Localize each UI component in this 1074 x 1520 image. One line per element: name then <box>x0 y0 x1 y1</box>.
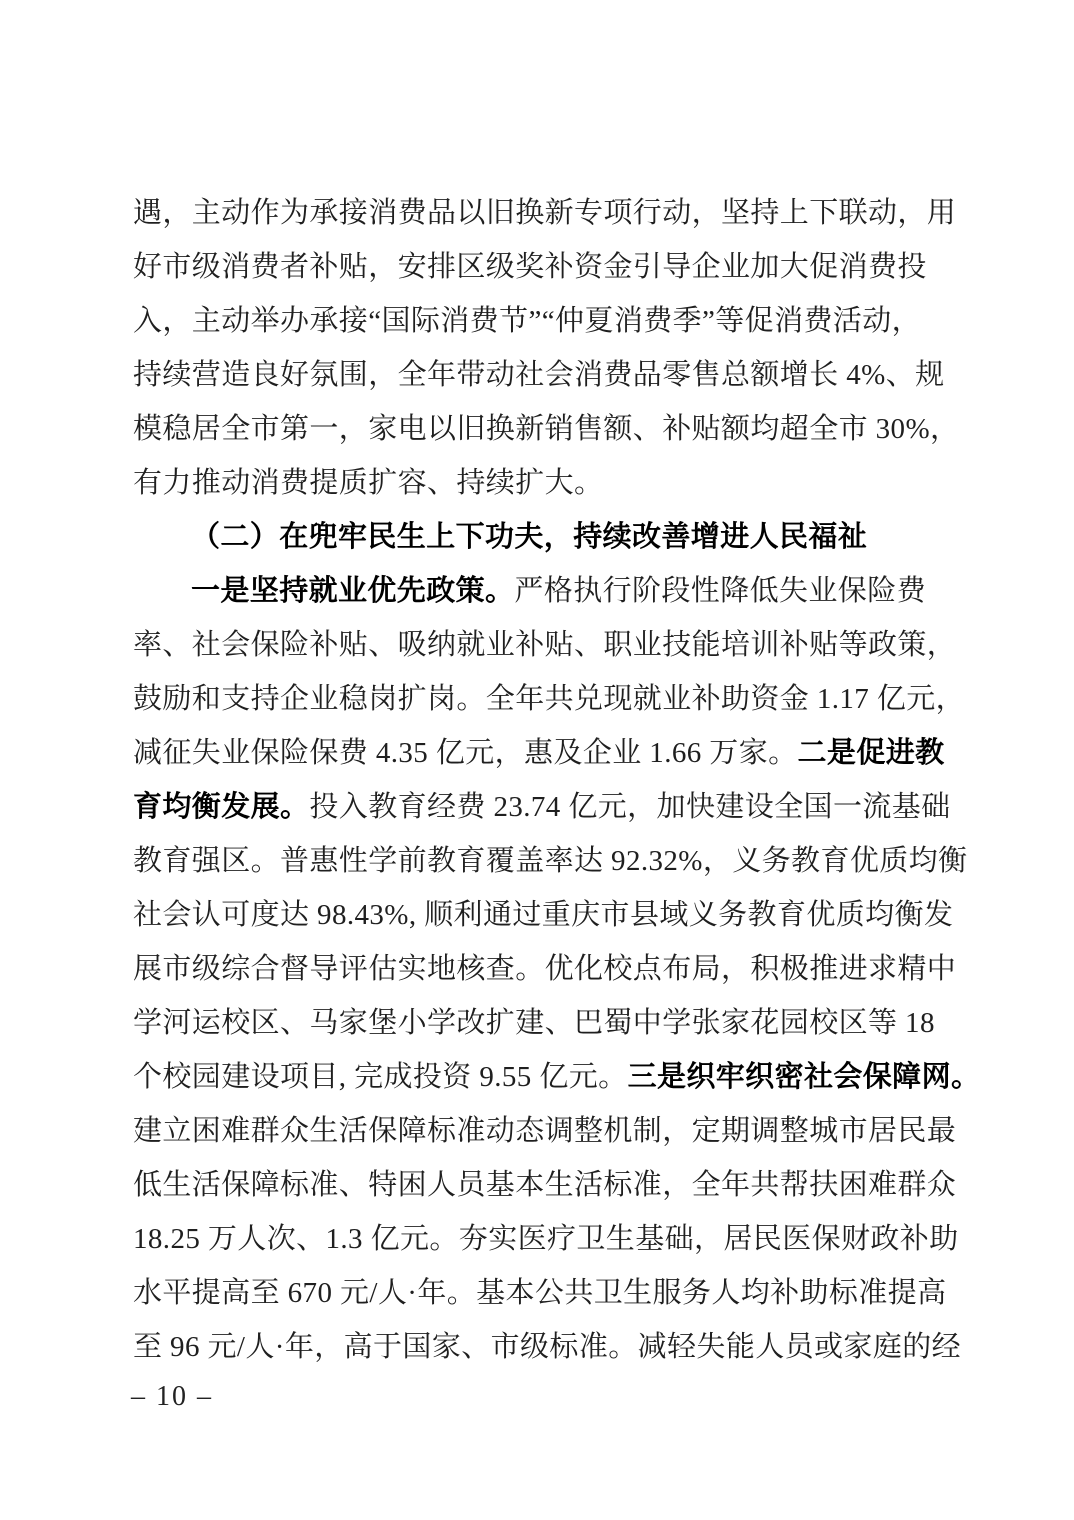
body-text: 学河运校区、马家堡小学改扩建、巴蜀中学张家花园校区等 18 <box>133 1007 935 1039</box>
text-line: 至 96 元/人·年，高于国家、市级标准。减轻失能人员或家庭的经 <box>133 1320 1013 1374</box>
body-text: 好市级消费者补贴，安排区级奖补资金引导企业加大促消费投 <box>133 251 927 283</box>
body-text: 减征失业保险保费 4.35 亿元，惠及企业 1.66 万家。 <box>133 737 798 769</box>
body-text: 社会认可度达 98.43%, 顺利通过重庆市县域义务教育优质均衡发 <box>133 899 953 931</box>
text-line: 入，主动举办承接“国际消费节”“仲夏消费季”等促消费活动， <box>133 294 1013 348</box>
body-text: 鼓励和支持企业稳岗扩岗。全年共兑现就业补助资金 1.17 亿元， <box>133 683 965 715</box>
document-body: 遇，主动作为承接消费品以旧换新专项行动，坚持上下联动，用好市级消费者补贴，安排区… <box>133 186 1013 1374</box>
text-line: （二）在兜牢民生上下功夫，持续改善增进人民福祉 <box>133 510 1013 564</box>
emphasis-text: 育均衡发展。 <box>133 791 309 823</box>
body-text: 建立困难群众生活保障标准动态调整机制，定期调整城市居民最 <box>133 1115 956 1147</box>
body-text: 有力推动消费提质扩容、持续扩大。 <box>133 467 603 499</box>
text-line: 教育强区。普惠性学前教育覆盖率达 92.32%，义务教育优质均衡 <box>133 834 1013 888</box>
body-text: 个校园建设项目, 完成投资 9.55 亿元。 <box>133 1061 628 1093</box>
text-line: 鼓励和支持企业稳岗扩岗。全年共兑现就业补助资金 1.17 亿元， <box>133 672 1013 726</box>
emphasis-text: 一是坚持就业优先政策。 <box>191 575 514 607</box>
body-text: 展市级综合督导评估实地核查。优化校点布局，积极推进求精中 <box>133 953 956 985</box>
document-page: 遇，主动作为承接消费品以旧换新专项行动，坚持上下联动，用好市级消费者补贴，安排区… <box>0 0 1074 1520</box>
body-text: 18.25 万人次、1.3 亿元。夯实医疗卫生基础，居民医保财政补助 <box>133 1223 959 1255</box>
body-text: 持续营造良好氛围，全年带动社会消费品零售总额增长 4%、规 <box>133 359 945 391</box>
text-line: 率、社会保险补贴、吸纳就业补贴、职业技能培训补贴等政策， <box>133 618 1013 672</box>
body-text: 水平提高至 670 元/人·年。基本公共卫生服务人均补助标准提高 <box>133 1277 947 1309</box>
body-text: 严格执行阶段性降低失业保险费 <box>514 575 926 607</box>
page-number: – 10 – <box>131 1381 213 1412</box>
emphasis-text: 三是织牢织密社会保障网。 <box>628 1061 981 1093</box>
text-line: 个校园建设项目, 完成投资 9.55 亿元。三是织牢织密社会保障网。 <box>133 1050 1013 1104</box>
text-line: 模稳居全市第一，家电以旧换新销售额、补贴额均超全市 30%， <box>133 402 1013 456</box>
text-line: 遇，主动作为承接消费品以旧换新专项行动，坚持上下联动，用 <box>133 186 1013 240</box>
body-text: 率、社会保险补贴、吸纳就业补贴、职业技能培训补贴等政策， <box>133 629 956 661</box>
body-text: 教育强区。普惠性学前教育覆盖率达 92.32%，义务教育优质均衡 <box>133 845 967 877</box>
text-line: 学河运校区、马家堡小学改扩建、巴蜀中学张家花园校区等 18 <box>133 996 1013 1050</box>
body-text: 低生活保障标准、特困人员基本生活标准，全年共帮扶困难群众 <box>133 1169 956 1201</box>
text-line: 减征失业保险保费 4.35 亿元，惠及企业 1.66 万家。二是促进教 <box>133 726 1013 780</box>
body-text: 遇，主动作为承接消费品以旧换新专项行动，坚持上下联动，用 <box>133 197 956 229</box>
text-line: 水平提高至 670 元/人·年。基本公共卫生服务人均补助标准提高 <box>133 1266 1013 1320</box>
text-line: 展市级综合督导评估实地核查。优化校点布局，积极推进求精中 <box>133 942 1013 996</box>
body-text: 入，主动举办承接“国际消费节”“仲夏消费季”等促消费活动， <box>133 305 921 337</box>
text-line: 一是坚持就业优先政策。严格执行阶段性降低失业保险费 <box>133 564 1013 618</box>
text-line: 社会认可度达 98.43%, 顺利通过重庆市县域义务教育优质均衡发 <box>133 888 1013 942</box>
text-line: 好市级消费者补贴，安排区级奖补资金引导企业加大促消费投 <box>133 240 1013 294</box>
emphasis-text: 二是促进教 <box>798 737 945 769</box>
text-line: 低生活保障标准、特困人员基本生活标准，全年共帮扶困难群众 <box>133 1158 1013 1212</box>
text-line: 育均衡发展。投入教育经费 23.74 亿元，加快建设全国一流基础 <box>133 780 1013 834</box>
page-footer: – 10 – <box>131 1377 213 1417</box>
body-text: 至 96 元/人·年，高于国家、市级标准。减轻失能人员或家庭的经 <box>133 1331 961 1363</box>
text-line: 持续营造良好氛围，全年带动社会消费品零售总额增长 4%、规 <box>133 348 1013 402</box>
text-line: 18.25 万人次、1.3 亿元。夯实医疗卫生基础，居民医保财政补助 <box>133 1212 1013 1266</box>
text-line: 有力推动消费提质扩容、持续扩大。 <box>133 456 1013 510</box>
emphasis-text: （二）在兜牢民生上下功夫，持续改善增进人民福祉 <box>191 521 867 553</box>
text-line: 建立困难群众生活保障标准动态调整机制，定期调整城市居民最 <box>133 1104 1013 1158</box>
body-text: 投入教育经费 23.74 亿元，加快建设全国一流基础 <box>309 791 950 823</box>
body-text: 模稳居全市第一，家电以旧换新销售额、补贴额均超全市 30%， <box>133 413 959 445</box>
